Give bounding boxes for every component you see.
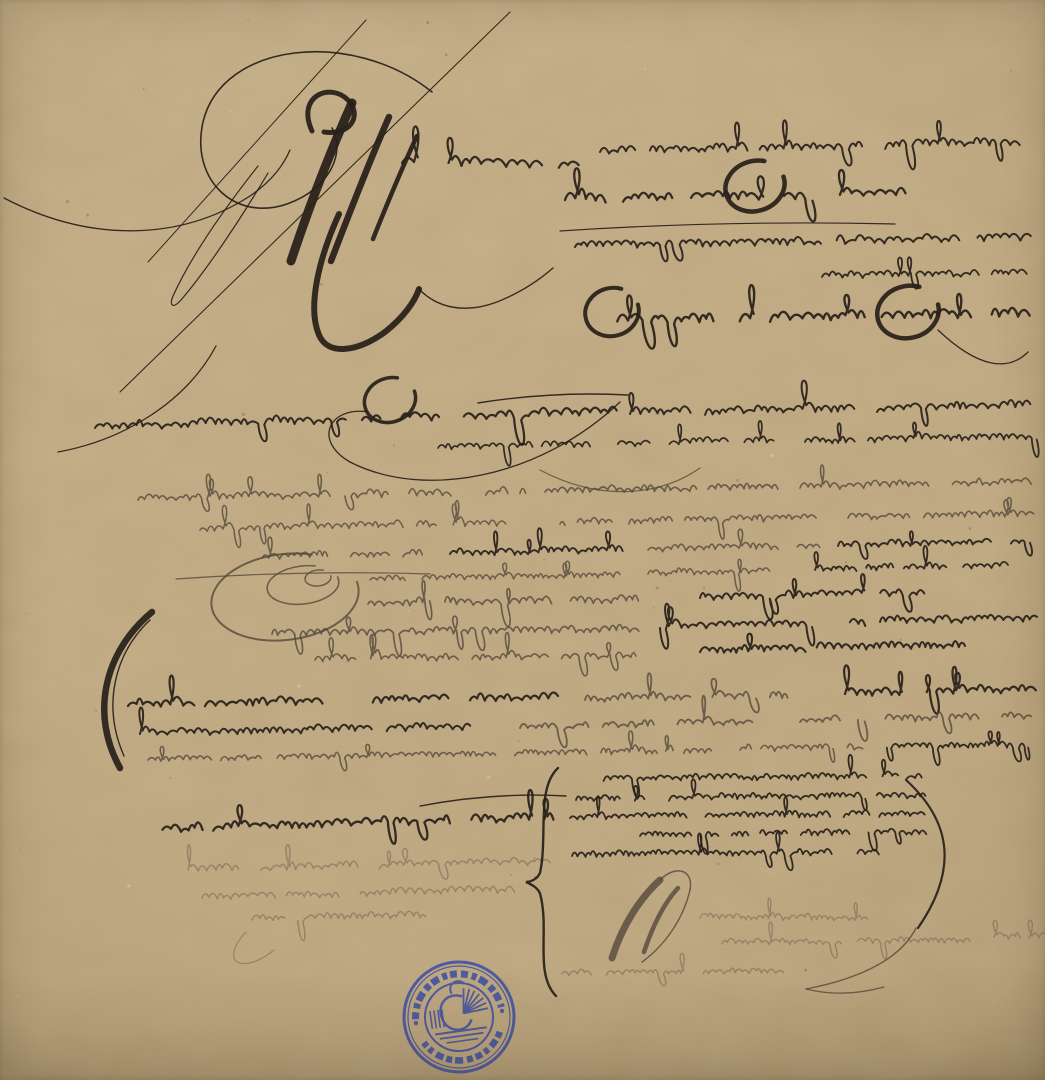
manuscript-page [0, 0, 1045, 1080]
bottom-edge-shade [0, 0, 1045, 1080]
manuscript-rendering [0, 0, 1045, 1080]
